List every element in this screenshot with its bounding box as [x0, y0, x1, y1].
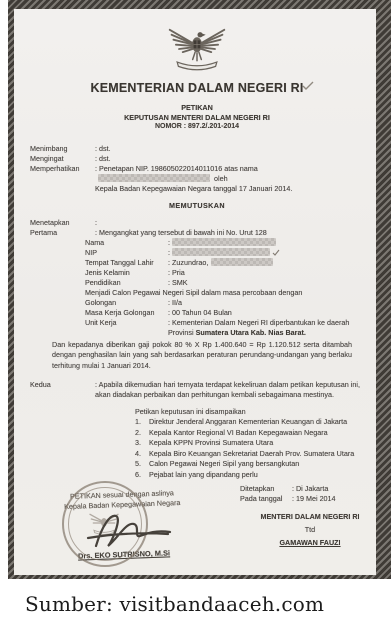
nama-row: Nama :: [85, 238, 364, 248]
golongan-label: Golongan: [85, 298, 168, 308]
masa-kerja-label: Masa Kerja Golongan: [85, 308, 168, 318]
item-number: 3.: [135, 438, 149, 449]
menimbang-label: Menimbang: [30, 144, 95, 154]
jenis-kelamin-value: : Pria: [168, 268, 364, 278]
mengingat-value: : dst.: [95, 154, 364, 164]
tanggal-row: Pada tanggal : 19 Mei 2014: [240, 494, 376, 504]
signature-icon: [82, 508, 174, 554]
memperhatikan-oleh: oleh: [214, 174, 228, 183]
pertama-label: Pertama: [30, 228, 95, 238]
source-caption: Sumber: visitbandaaceh.com: [25, 592, 391, 616]
kedua-label: Kedua: [30, 380, 95, 390]
signer-name: GAMAWAN FAUZI: [240, 538, 376, 548]
ttd-note: Ttd: [240, 525, 376, 535]
cpns-line: Menjadi Calon Pegawai Negeri Sipil dalam…: [85, 288, 364, 298]
memperhatikan-row: Memperhatikan : Penetapan NIP. 198605022…: [30, 164, 364, 194]
title-nomor: NOMOR : 897.2/.201-2014: [30, 122, 364, 132]
item-text: Kepala KPPN Provinsi Sumatera Utara: [149, 438, 273, 449]
nip-label: NIP: [85, 248, 168, 258]
menetapkan-row: Menetapkan :: [30, 218, 364, 228]
item-number: 5.: [135, 459, 149, 470]
emblem-area: [30, 21, 364, 77]
list-item: 3. Kepala KPPN Provinsi Sumatera Utara: [135, 438, 367, 449]
pen-check-icon: [272, 249, 280, 256]
memutuskan-heading: MEMUTUSKAN: [30, 201, 364, 211]
memperhatikan-label: Memperhatikan: [30, 164, 95, 174]
jenis-kelamin-row: Jenis Kelamin : Pria: [85, 268, 364, 278]
masa-kerja-row: Masa Kerja Golongan : 00 Tahun 04 Bulan: [85, 308, 364, 318]
item-text: Kepala Kantor Regional VI Badan Kepegawa…: [149, 428, 328, 439]
preamble-section: Menimbang : dst. Mengingat : dst. Memper…: [30, 144, 364, 194]
unit-kerja-value: : Kementerian Dalam Negeri RI diperbantu…: [168, 318, 364, 338]
item-number: 2.: [135, 428, 149, 439]
tempat-lahir-row: Tempat Tanggal Lahir : Zuzundrao,: [85, 258, 364, 268]
unit-kerja-location: Sumatera Utara Kab. Nias Barat.: [196, 328, 306, 337]
list-item: 4. Kepala Biro Keuangan Sekretariat Daer…: [135, 449, 367, 460]
signer-title: MENTERI DALAM NEGERI RI: [240, 512, 376, 522]
pen-check-icon: [302, 81, 314, 90]
mengingat-label: Mengingat: [30, 154, 95, 164]
signature-area: PETIKAN sesuai dengan aslinya Kepala Bad…: [30, 484, 364, 575]
menetapkan-label: Menetapkan: [30, 218, 95, 228]
kedua-text: : Apabila dikemudian hari ternyata terda…: [95, 380, 364, 400]
document-title: PETIKAN KEPUTUSAN MENTERI DALAM NEGERI R…: [30, 103, 364, 132]
golongan-row: Golongan : II/a: [85, 298, 364, 308]
item-number: 4.: [135, 449, 149, 460]
redaction-blur: [211, 258, 273, 266]
unit-kerja-row: Unit Kerja : Kementerian Dalam Negeri RI…: [85, 318, 364, 338]
redaction-blur: [172, 238, 276, 246]
garuda-emblem-icon: [166, 21, 228, 77]
nama-value: :: [168, 238, 364, 248]
list-item: 5. Calon Pegawai Negeri Sipil yang bersa…: [135, 459, 367, 470]
redaction-blur: [172, 248, 270, 256]
list-item: 6. Pejabat lain yang dipandang perlu: [135, 470, 367, 481]
issuance-block: Ditetapkan : Di Jakarta Pada tanggal : 1…: [240, 484, 376, 548]
pendidikan-value: : SMK: [168, 278, 364, 288]
kedua-row: Kedua : Apabila dikemudian hari ternyata…: [30, 380, 364, 400]
nip-row: NIP :: [85, 248, 364, 258]
jenis-kelamin-label: Jenis Kelamin: [85, 268, 168, 278]
pertama-row: Pertama : Mengangkat yang tersebut di ba…: [30, 228, 364, 238]
menetapkan-value: :: [95, 218, 364, 228]
distribution-section: Petikan keputusan ini disampaikan 1. Dir…: [135, 407, 367, 480]
ditetapkan-value: : Di Jakarta: [292, 484, 376, 494]
decision-body: Menetapkan : Pertama : Mengangkat yang t…: [30, 218, 364, 372]
item-text: Calon Pegawai Negeri Sipil yang bersangk…: [149, 459, 299, 470]
title-keputusan: KEPUTUSAN MENTERI DALAM NEGERI RI: [30, 113, 364, 123]
golongan-value: : II/a: [168, 298, 364, 308]
pendidikan-label: Pendidikan: [85, 278, 168, 288]
unit-kerja-label: Unit Kerja: [85, 318, 168, 338]
nip-colon: :: [168, 248, 170, 257]
nama-colon: :: [168, 238, 170, 247]
nip-value: :: [168, 248, 364, 258]
ditetapkan-row: Ditetapkan : Di Jakarta: [240, 484, 376, 494]
distribution-heading: Petikan keputusan ini disampaikan: [135, 407, 367, 417]
tempat-lahir-label: Tempat Tanggal Lahir: [85, 258, 168, 268]
memperhatikan-value: : Penetapan NIP. 198605022014011016 atas…: [95, 164, 364, 194]
memperhatikan-text: : Penetapan NIP. 198605022014011016 atas…: [95, 164, 258, 173]
salary-paragraph: Dan kepadanya diberikan gaji pokok 80 % …: [52, 340, 352, 372]
memperhatikan-line2: Kepala Badan Kepegawaian Negara tanggal …: [95, 184, 364, 194]
ditetapkan-label: Ditetapkan: [240, 484, 292, 494]
item-text: Direktur Jenderal Anggaran Kementerian K…: [149, 417, 347, 428]
item-text: Pejabat lain yang dipandang perlu: [149, 470, 258, 481]
tempat-lahir-text: : Zuzundrao,: [168, 258, 208, 267]
tanggal-label: Pada tanggal: [240, 494, 292, 504]
pertama-value: : Mengangkat yang tersebut di bawah ini …: [95, 228, 364, 238]
list-item: 1. Direktur Jenderal Anggaran Kementeria…: [135, 417, 367, 428]
menimbang-row: Menimbang : dst.: [30, 144, 364, 154]
title-petikan: PETIKAN: [30, 103, 364, 113]
nama-label: Nama: [85, 238, 168, 248]
tanggal-value: : 19 Mei 2014: [292, 494, 376, 504]
masa-kerja-value: : 00 Tahun 04 Bulan: [168, 308, 364, 318]
item-text: Kepala Biro Keuangan Sekretariat Daerah …: [149, 449, 354, 460]
item-number: 1.: [135, 417, 149, 428]
menimbang-value: : dst.: [95, 144, 364, 154]
list-item: 2. Kepala Kantor Regional VI Badan Kepeg…: [135, 428, 367, 439]
redaction-blur: [98, 174, 210, 182]
document-paper: KEMENTERIAN DALAM NEGERI RI PETIKAN KEPU…: [14, 9, 376, 575]
tempat-lahir-value: : Zuzundrao,: [168, 258, 364, 268]
mengingat-row: Mengingat : dst.: [30, 154, 364, 164]
document-photo: KEMENTERIAN DALAM NEGERI RI PETIKAN KEPU…: [8, 0, 391, 579]
pendidikan-row: Pendidikan : SMK: [85, 278, 364, 288]
item-number: 6.: [135, 470, 149, 481]
